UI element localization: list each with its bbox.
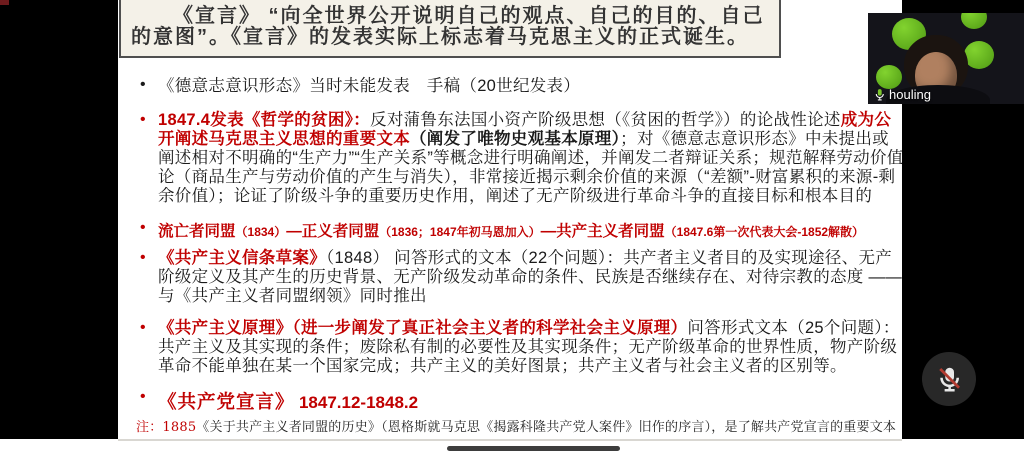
slide-footnote: 注：1885《关于共产主义者同盟的历史》（恩格斯就马克思《揭露科隆共产党人案件》… — [136, 420, 902, 436]
poverty-principle: （阐发了唯物史观基本原理） — [410, 130, 620, 148]
manifesto-quote-text: 《宣言》 “向全世界公开说明自己的观点、自己的目的、自己的意图”。《宣言》的发表… — [131, 6, 769, 48]
footnote-label: 注：1885 — [136, 420, 196, 435]
poverty-desc-1: 反对蒲鲁东法国小资产阶级思想（《贫困的哲学》）的论战性论述 — [370, 111, 841, 129]
manifesto-date: 1847.12-1848.2 — [299, 393, 418, 412]
league-outlaws-year: （1834） — [236, 225, 287, 239]
league-just-year: （1836；1847年初马恩加入） — [379, 225, 540, 239]
screen-edge-artifact — [0, 0, 9, 5]
participant-nameplate: houling — [873, 87, 931, 102]
home-indicator-bar[interactable] — [447, 446, 620, 451]
bullet-german-ideology: • 《德意志意识形态》当时未能发表 手稿（20世纪发表） — [136, 76, 902, 96]
slide-body: • 《德意志意识形态》当时未能发表 手稿（20世纪发表） • 1847.4发表《… — [136, 76, 902, 436]
poverty-title: 1847.4发表《哲学的贫困》： — [158, 111, 370, 129]
bullet-dot: • — [140, 219, 146, 237]
league-outlaws: 流亡者同盟 — [158, 223, 236, 240]
bullet-dot: • — [140, 319, 146, 337]
meeting-screen: 《宣言》 “向全世界公开说明自己的观点、自己的目的、自己的意图”。《宣言》的发表… — [0, 0, 1024, 460]
league-just: —正义者同盟 — [286, 223, 379, 240]
bullet-dot: • — [140, 249, 146, 267]
green-circle-decoration — [961, 13, 987, 29]
footnote-text: 《关于共产主义者同盟的历史》（恩格斯就马克思《揭露科隆共产党人案件》旧作的序言）… — [196, 420, 896, 435]
green-circle-decoration — [876, 65, 902, 89]
green-circle-decoration — [964, 41, 994, 69]
mic-muted-icon — [934, 364, 964, 394]
bullet-draft-confession: • 《共产主义信条草案》（1848） 问答形式的文本（22个问题）：共产者主义者… — [136, 249, 902, 306]
bullet-principles-of-communism: • 《共产主义原理》（进一步阐发了真正社会主义者的科学社会主义原理）问答形式文本… — [136, 319, 902, 376]
draft-title: 《共产主义信条草案》 — [158, 249, 326, 267]
bullet-league-timeline: • 流亡者同盟（1834）—正义者同盟（1836；1847年初马恩加入）—共产主… — [136, 219, 902, 241]
principles-title: 《共产主义原理》（进一步阐发了真正社会主义者的科学社会主义原理） — [158, 319, 687, 337]
bullet-poverty-of-philosophy: • 1847.4发表《哲学的贫困》：反对蒲鲁东法国小资产阶级思想（《贫困的哲学》… — [136, 111, 902, 206]
bullet-german-ideology-text: 《德意志意识形态》当时未能发表 手稿（20世纪发表） — [158, 77, 580, 95]
manifesto-title: 《共产党宣言》 — [158, 391, 295, 412]
shared-slide: 《宣言》 “向全世界公开说明自己的观点、自己的目的、自己的意图”。《宣言》的发表… — [118, 0, 902, 439]
bullet-dot: • — [140, 111, 146, 129]
mute-microphone-button[interactable] — [922, 352, 976, 406]
mic-active-icon — [873, 88, 886, 101]
league-communist: —共产主义者同盟 — [541, 223, 665, 240]
bullet-dot: • — [140, 388, 146, 406]
bullet-communist-manifesto: • 《共产党宣言》 1847.12-1848.2 — [136, 388, 902, 414]
league-communist-year: （1847.6第一次代表大会-1852解散） — [665, 225, 864, 239]
bullet-dot: • — [140, 76, 146, 94]
manifesto-quote-box: 《宣言》 “向全世界公开说明自己的观点、自己的目的、自己的意图”。《宣言》的发表… — [119, 0, 781, 58]
participant-name: houling — [889, 87, 931, 102]
slide-bottom-shadow — [118, 439, 902, 441]
webcam-tile[interactable]: houling — [868, 13, 1024, 104]
